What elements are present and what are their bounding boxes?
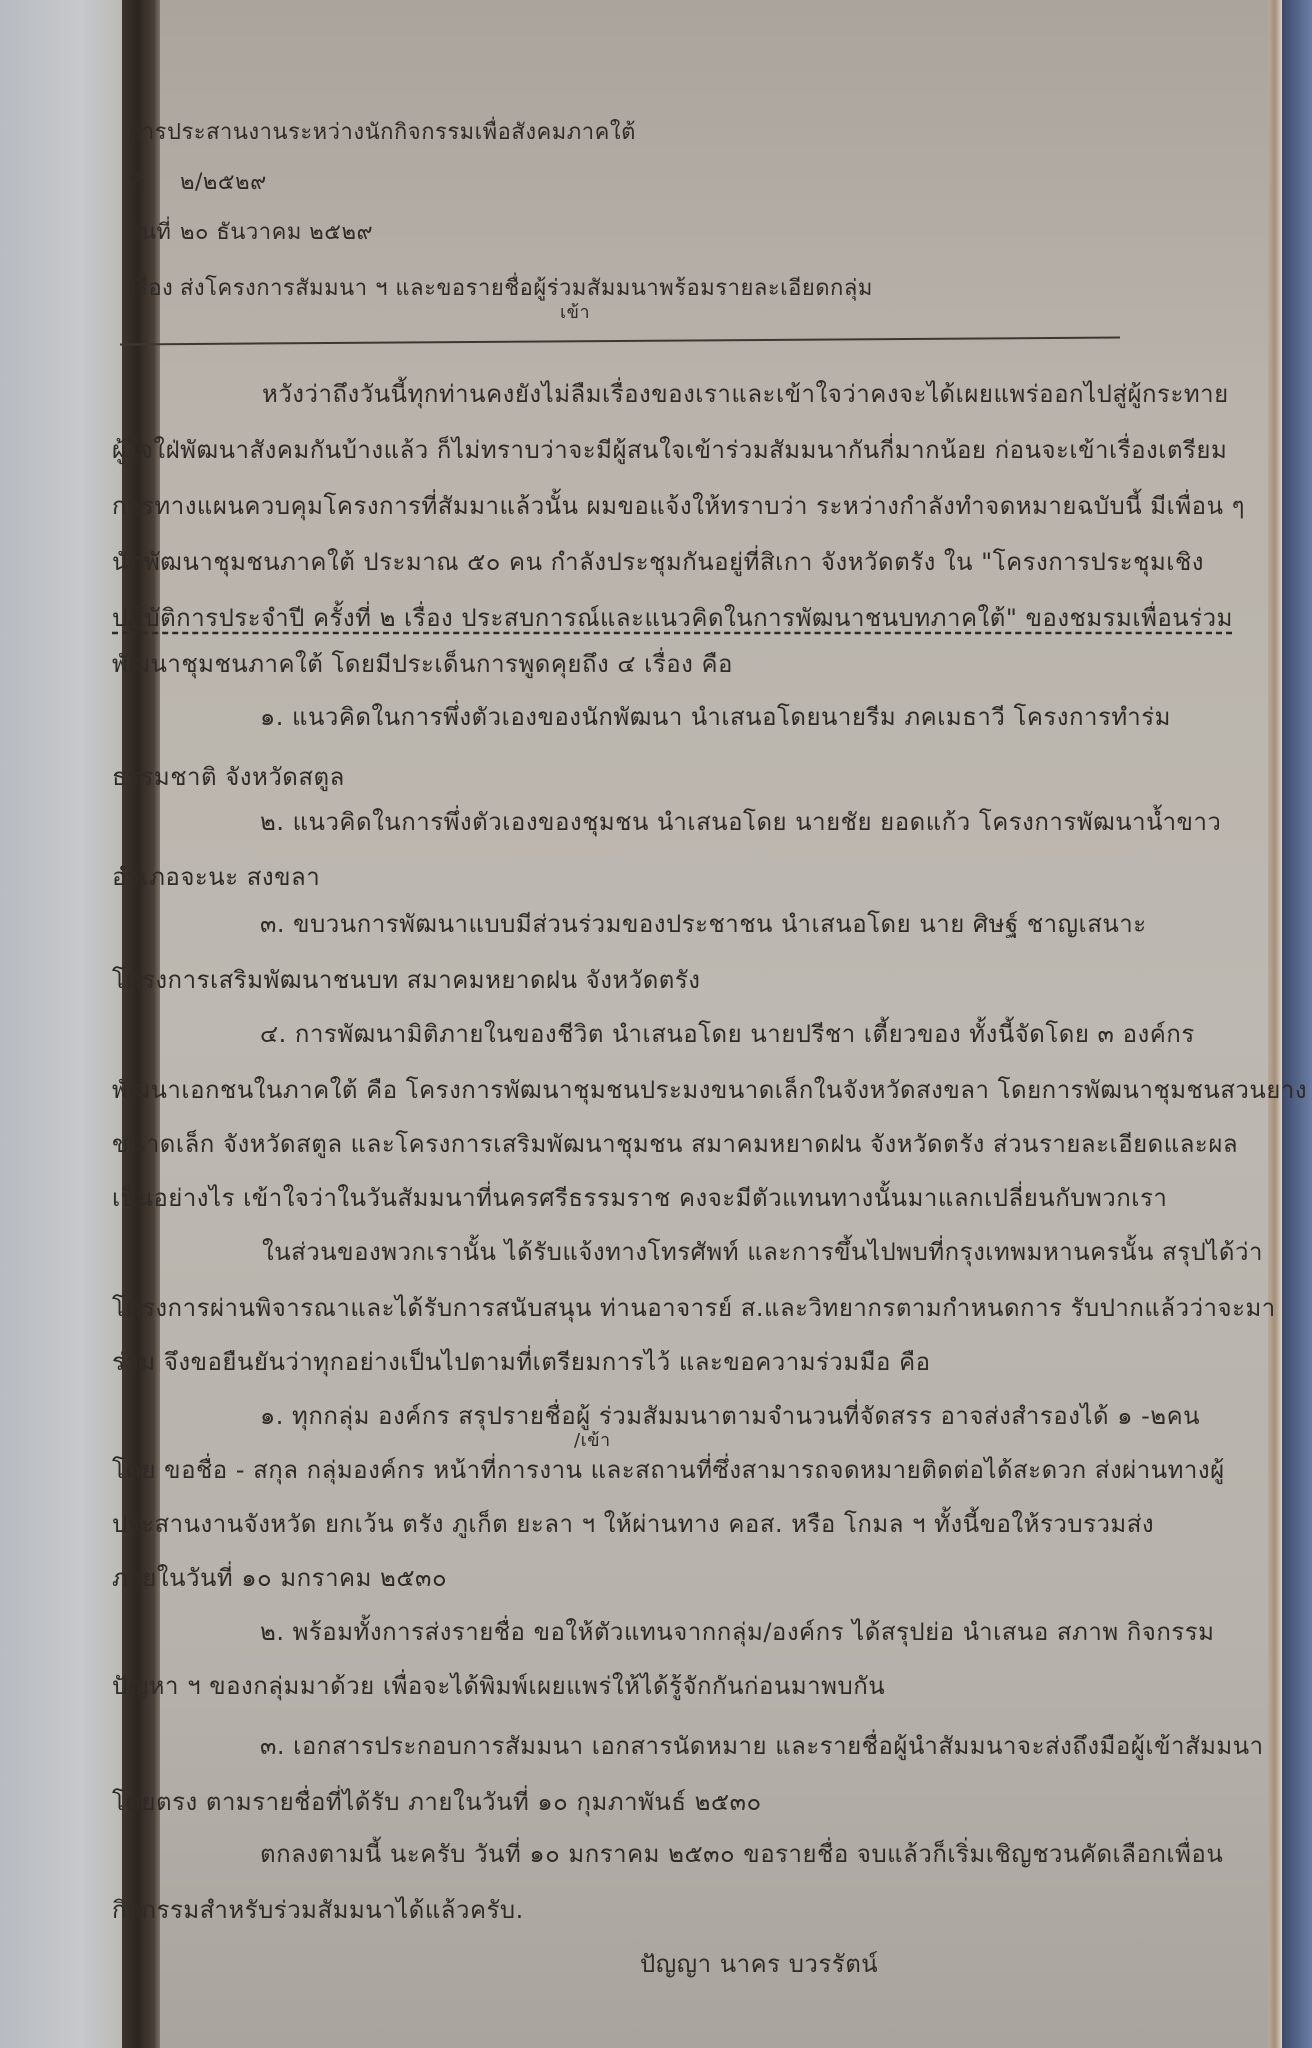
body-line-underlined: ปฏิบัติการประจำปี ครั้งที่ ๒ เรื่อง ประส… xyxy=(112,606,1233,630)
topic-3: ๓. ขบวนการพัฒนาแบบมีส่วนร่วมของประชาชน น… xyxy=(260,912,1147,936)
request-1-insert: /เข้า xyxy=(574,1432,611,1450)
topic-1: ๑. แนวคิดในการพึ่งตัวเองของนักพัฒนา นำเส… xyxy=(260,705,1171,729)
topic-2: ๒. แนวคิดในการพึ่งตัวเองของชุมชน นำเสนอโ… xyxy=(260,810,1221,834)
page-edge xyxy=(1268,0,1282,2048)
date-label: วันที่ xyxy=(128,222,171,244)
request-1-cont: ประสานงานจังหวัด ยกเว้น ตรัง ภูเก็ต ยะลา… xyxy=(112,1512,1154,1536)
request-1: ๑. ทุกกลุ่ม องค์กร สรุปรายชื่อผู้ ร่วมสั… xyxy=(260,1404,1200,1428)
body-line: นักพัฒนาชุมชนภาคใต้ ประมาณ ๕๐ คน กำลังปร… xyxy=(112,550,1204,574)
body-line: หวังว่าถึงวันนี้ทุกท่านคงยังไม่ลืมเรื่อง… xyxy=(262,382,1229,406)
request-2: ๒. พร้อมทั้งการส่งรายชื่อ ขอให้ตัวแทนจาก… xyxy=(260,1620,1215,1644)
body-line: ในส่วนของพวกเรานั้น ได้รับแจ้งทางโทรศัพท… xyxy=(262,1240,1263,1264)
book-binding-gutter xyxy=(122,0,162,2048)
body-line: ร่วม จึงขอยืนยันว่าทุกอย่างเป็นไปตามที่เ… xyxy=(112,1350,931,1374)
body-line: ผู้ใจใฝ่พัฒนาสังคมกันบ้างแล้ว ก็ไม่ทราบว… xyxy=(112,438,1227,462)
topic-3-cont: โครงการเสริมพัฒนาชนบท สมาคมหยาดฝน จังหวั… xyxy=(112,968,701,992)
body-line: พัฒนาชุมชนภาคใต้ โดยมีประเด็นการพูดคุยถึ… xyxy=(112,652,733,676)
topic-4-cont: ขนาดเล็ก จังหวัดสตูล และโครงการเสริมพัฒน… xyxy=(112,1132,1238,1156)
closing-line: ตกลงตามนี้ นะครับ วันที่ ๑๐ มกราคม ๒๕๓๐ … xyxy=(260,1842,1223,1866)
body-line: การทางแผนควบคุมโครงการที่สัมมาแล้วนั้น ผ… xyxy=(112,494,1245,518)
request-1-cont: โดย ขอชื่อ - สกุล กลุ่มองค์กร หน้าที่การ… xyxy=(112,1458,1225,1482)
subject-value: ส่งโครงการสัมมนา ฯ และขอรายชื่อผู้ร่วมสั… xyxy=(180,278,873,300)
date-value: ๒๐ ธันวาคม ๒๕๒๙ xyxy=(180,222,373,244)
request-3-cont: โดยตรง ตามรายชื่อที่ได้รับ ภายในวันที่ ๑… xyxy=(112,1790,762,1814)
body-line: โครงการผ่านพิจารณาและได้รับการสนับสนุน ท… xyxy=(112,1296,1276,1320)
background-surface xyxy=(1282,0,1312,2048)
request-1-cont: ภายในวันที่ ๑๐ มกราคม ๒๕๓๐ xyxy=(112,1566,447,1590)
signature: ปัญญา นาคร บวรรัตน์ xyxy=(640,1952,878,1976)
topic-4: ๔. การพัฒนามิติภายในของชีวิต นำเสนอโดย น… xyxy=(260,1022,1195,1046)
topic-1-cont: ธรรมชาติ จังหวัดสตูล xyxy=(112,765,345,789)
reference-label: ที่ xyxy=(128,172,143,194)
subject-insert: เข้า xyxy=(560,304,590,322)
reference-number: ๒/๒๕๒๙ xyxy=(180,172,267,194)
request-3: ๓. เอกสารประกอบการสัมมนา เอกสารนัดหมาย แ… xyxy=(260,1734,1264,1758)
adjacent-left-page xyxy=(0,0,135,2048)
topic-2-cont: อำเภอจะนะ สงขลา xyxy=(112,865,320,889)
organization-heading: การประสานงานระหว่างนักกิจกรรมเพื่อสังคมภ… xyxy=(128,122,636,144)
topic-4-cont: พัฒนาเอกชนในภาคใต้ คือ โครงการพัฒนาชุมชน… xyxy=(112,1078,1307,1102)
topic-4-cont: เป็นอย่างไร เข้าใจว่าในวันสัมมนาที่นครศร… xyxy=(112,1186,1167,1210)
request-2-cont: ปัญหา ฯ ของกลุ่มมาด้วย เพื่อจะได้พิมพ์เผ… xyxy=(112,1674,885,1698)
subject-label: เรื่อง xyxy=(128,278,173,300)
closing-line: กิจกรรมสำหรับร่วมสัมมนาได้แล้วครับ. xyxy=(112,1898,524,1922)
